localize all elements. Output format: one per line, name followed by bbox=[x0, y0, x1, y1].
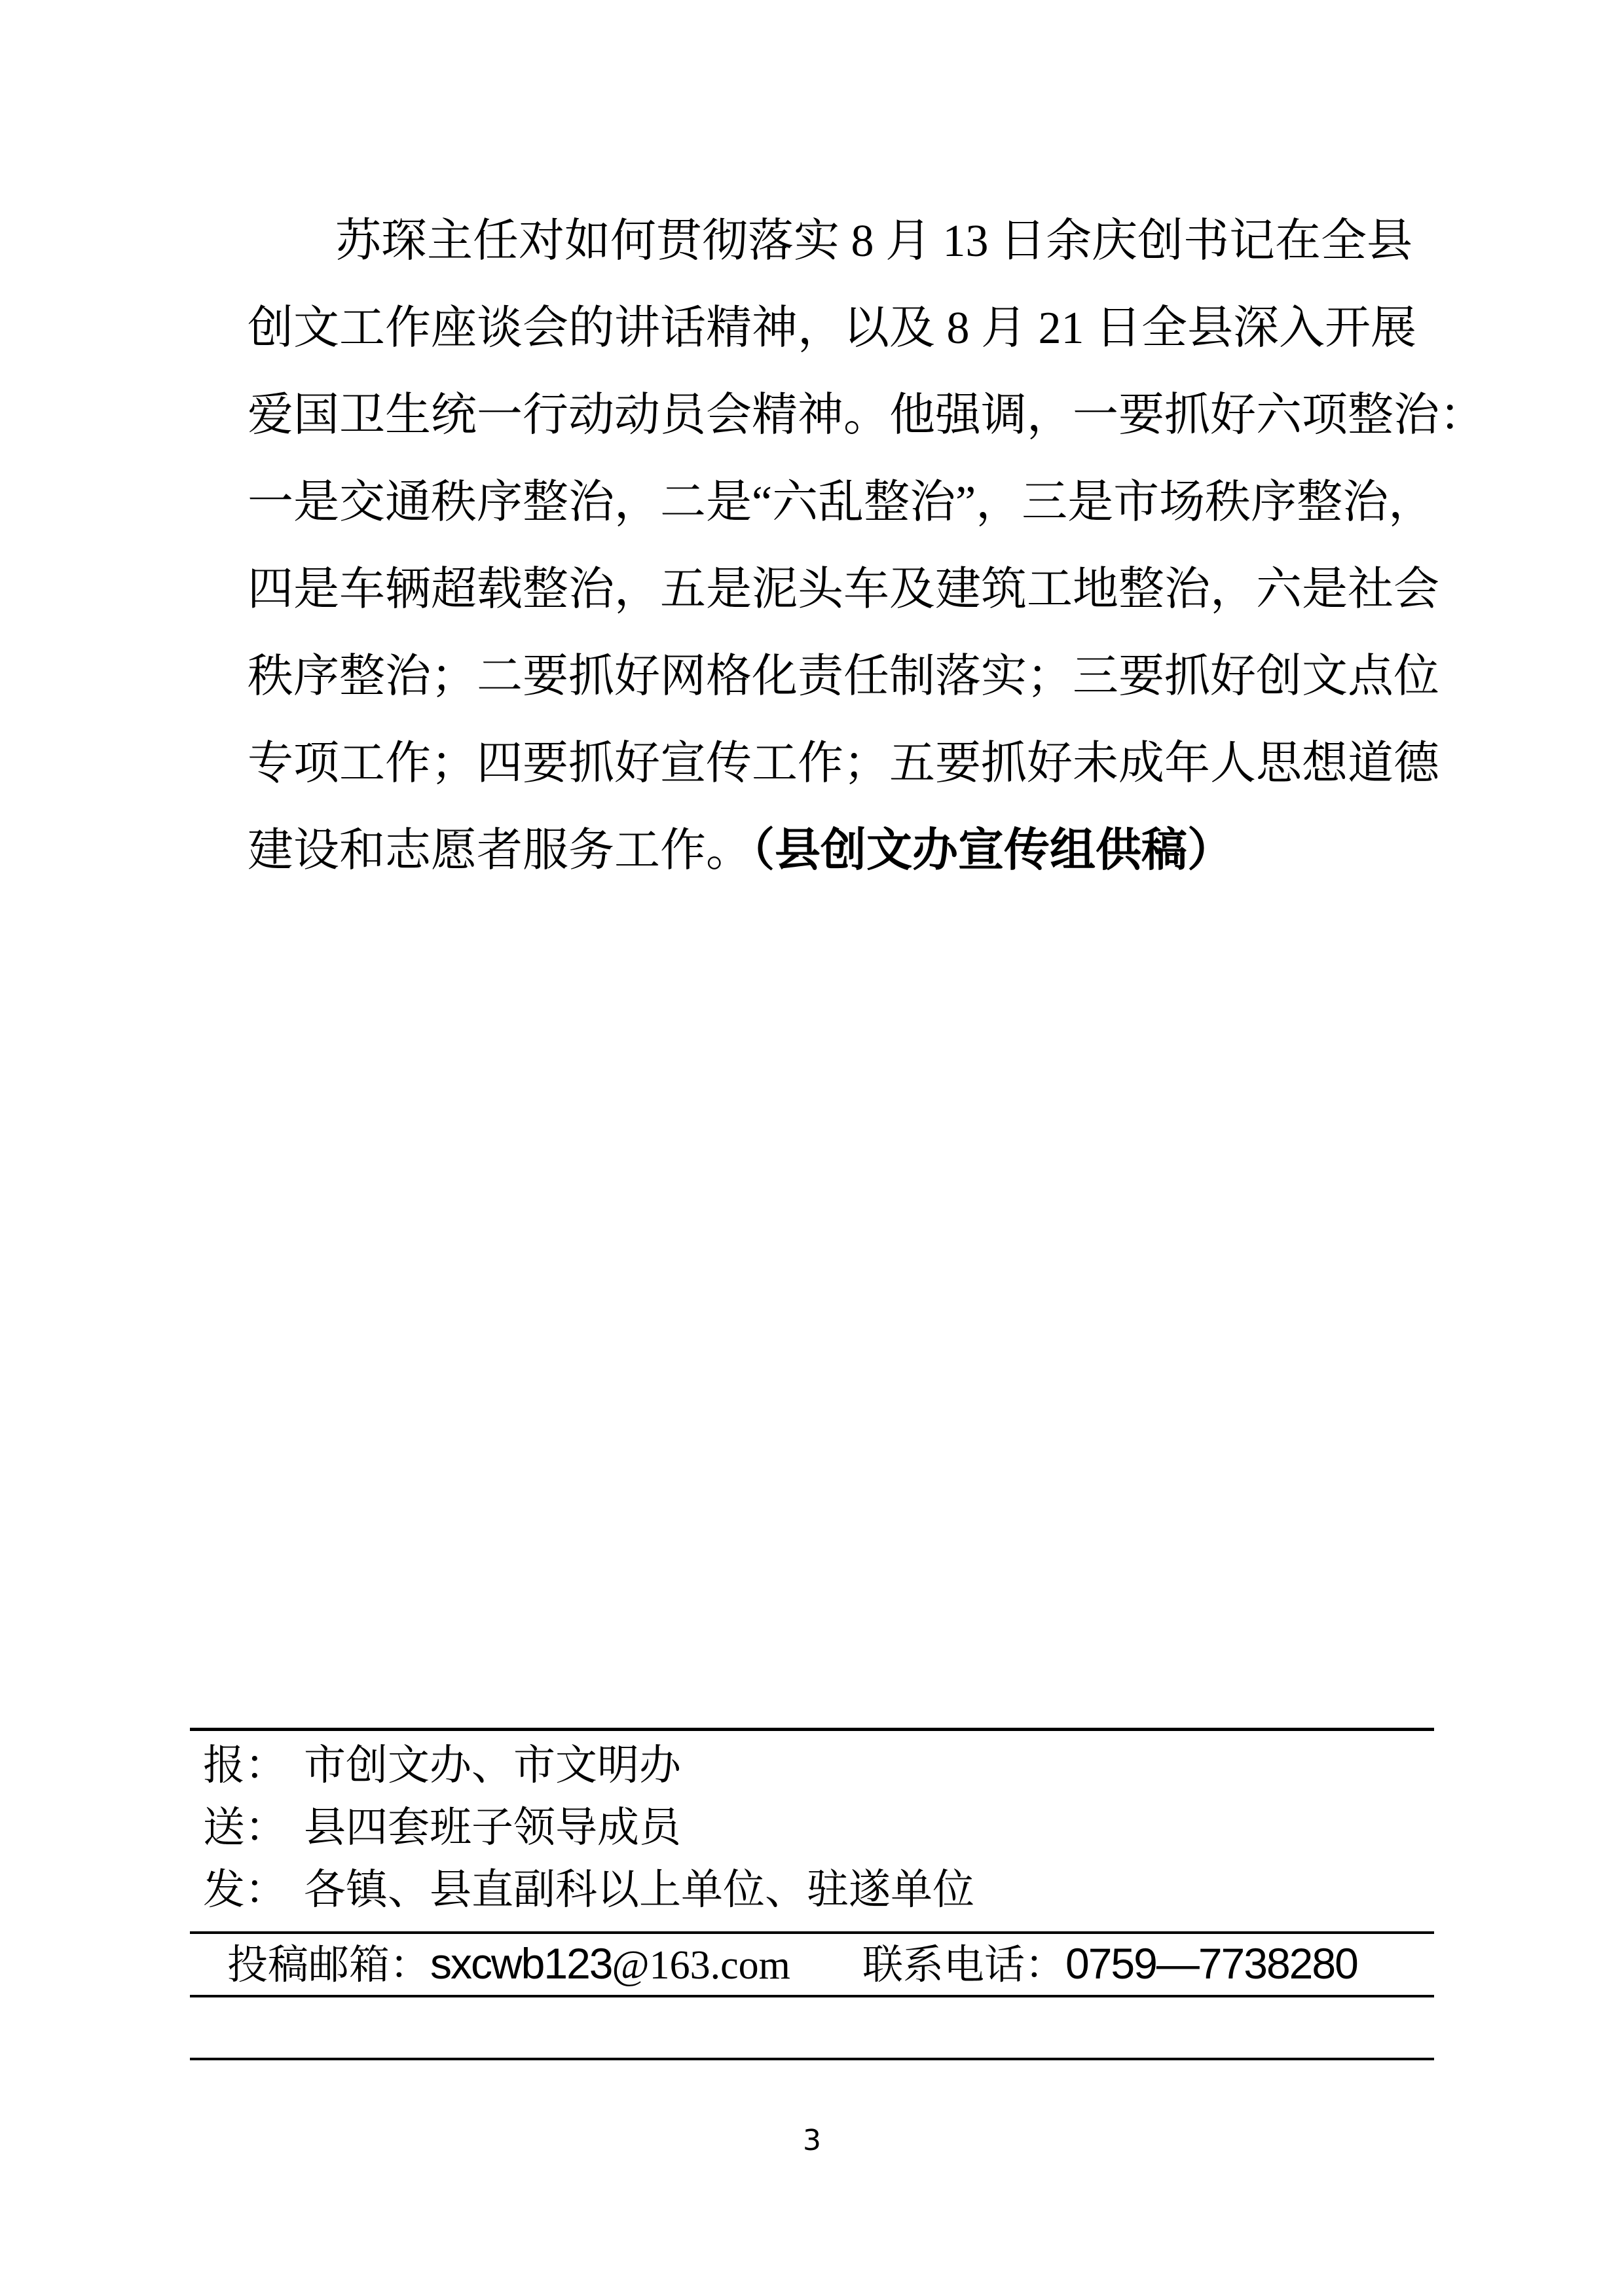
issue-row-text: 各镇、县直副科以上单位、驻遂单位 bbox=[304, 1867, 974, 1913]
send-row-text: 县四套班子领导成员 bbox=[304, 1804, 681, 1851]
article-paragraph: 苏琛主任对如何贯彻落实 8 月 13 日余庆创书记在全县 创文工作座谈会的讲话精… bbox=[248, 198, 1393, 894]
document-page: 苏琛主任对如何贯彻落实 8 月 13 日余庆创书记在全县 创文工作座谈会的讲话精… bbox=[0, 0, 1624, 2296]
phone-number-value: 0759—7738280 bbox=[1065, 1939, 1357, 1988]
report-row: 报：市创文办、市文明办 bbox=[203, 1734, 974, 1796]
article-line: 专项工作；四要抓好宣传工作；五要抓好未成年人思想道德 bbox=[248, 720, 1393, 807]
send-row-label: 送： bbox=[203, 1804, 287, 1851]
email-label: 投稿邮箱： bbox=[227, 1943, 430, 1988]
contact-row: 投稿邮箱：sxcwb123@163.com 联系电话：0759—7738280 bbox=[0, 1934, 1624, 1993]
email-domain-value: @163.com bbox=[612, 1943, 790, 1988]
send-row: 送：县四套班子领导成员 bbox=[203, 1796, 974, 1859]
contact-email: 投稿邮箱：sxcwb123@163.com bbox=[227, 1934, 790, 1993]
footer-divider-lower bbox=[190, 1995, 1434, 1997]
report-row-text: 市创文办、市文明办 bbox=[304, 1742, 681, 1789]
article-last-line: 建设和志愿者服务工作。（县创文办宣传组供稿） bbox=[248, 807, 1393, 894]
article-line: 创文工作座谈会的讲话精神，以及 8 月 21 日全县深入开展 bbox=[248, 285, 1393, 372]
contact-phone: 联系电话：0759—7738280 bbox=[862, 1934, 1357, 1993]
phone-label: 联系电话： bbox=[862, 1943, 1065, 1988]
article-line: 秩序整治；二要抓好网格化责任制落实；三要抓好创文点位 bbox=[248, 633, 1393, 720]
issue-row-label: 发： bbox=[203, 1867, 287, 1913]
article-attribution: （县创文办宣传组供稿） bbox=[752, 826, 1233, 876]
page-number: 3 bbox=[0, 2124, 1624, 2157]
article-line: 爱国卫生统一行动动员会精神。他强调，一要抓好六项整治： bbox=[248, 372, 1393, 459]
article-line: 四是车辆超载整治，五是泥头车及建筑工地整治，六是社会 bbox=[248, 546, 1393, 633]
article-line: 一是交通秩序整治，二是“六乱整治”，三是市场秩序整治， bbox=[248, 459, 1393, 546]
issue-row: 发：各镇、县直副科以上单位、驻遂单位 bbox=[203, 1859, 974, 1921]
article-last-line-text: 建设和志愿者服务工作。 bbox=[248, 826, 752, 876]
email-user-value: sxcwb123 bbox=[430, 1939, 612, 1988]
article-line: 苏琛主任对如何贯彻落实 8 月 13 日余庆创书记在全县 bbox=[248, 198, 1393, 285]
distribution-list: 报：市创文办、市文明办 送：县四套班子领导成员 发：各镇、县直副科以上单位、驻遂… bbox=[203, 1734, 974, 1921]
footer-divider-top bbox=[190, 1728, 1434, 1731]
report-row-label: 报： bbox=[203, 1742, 287, 1789]
footer-divider-bottom bbox=[190, 2058, 1434, 2060]
